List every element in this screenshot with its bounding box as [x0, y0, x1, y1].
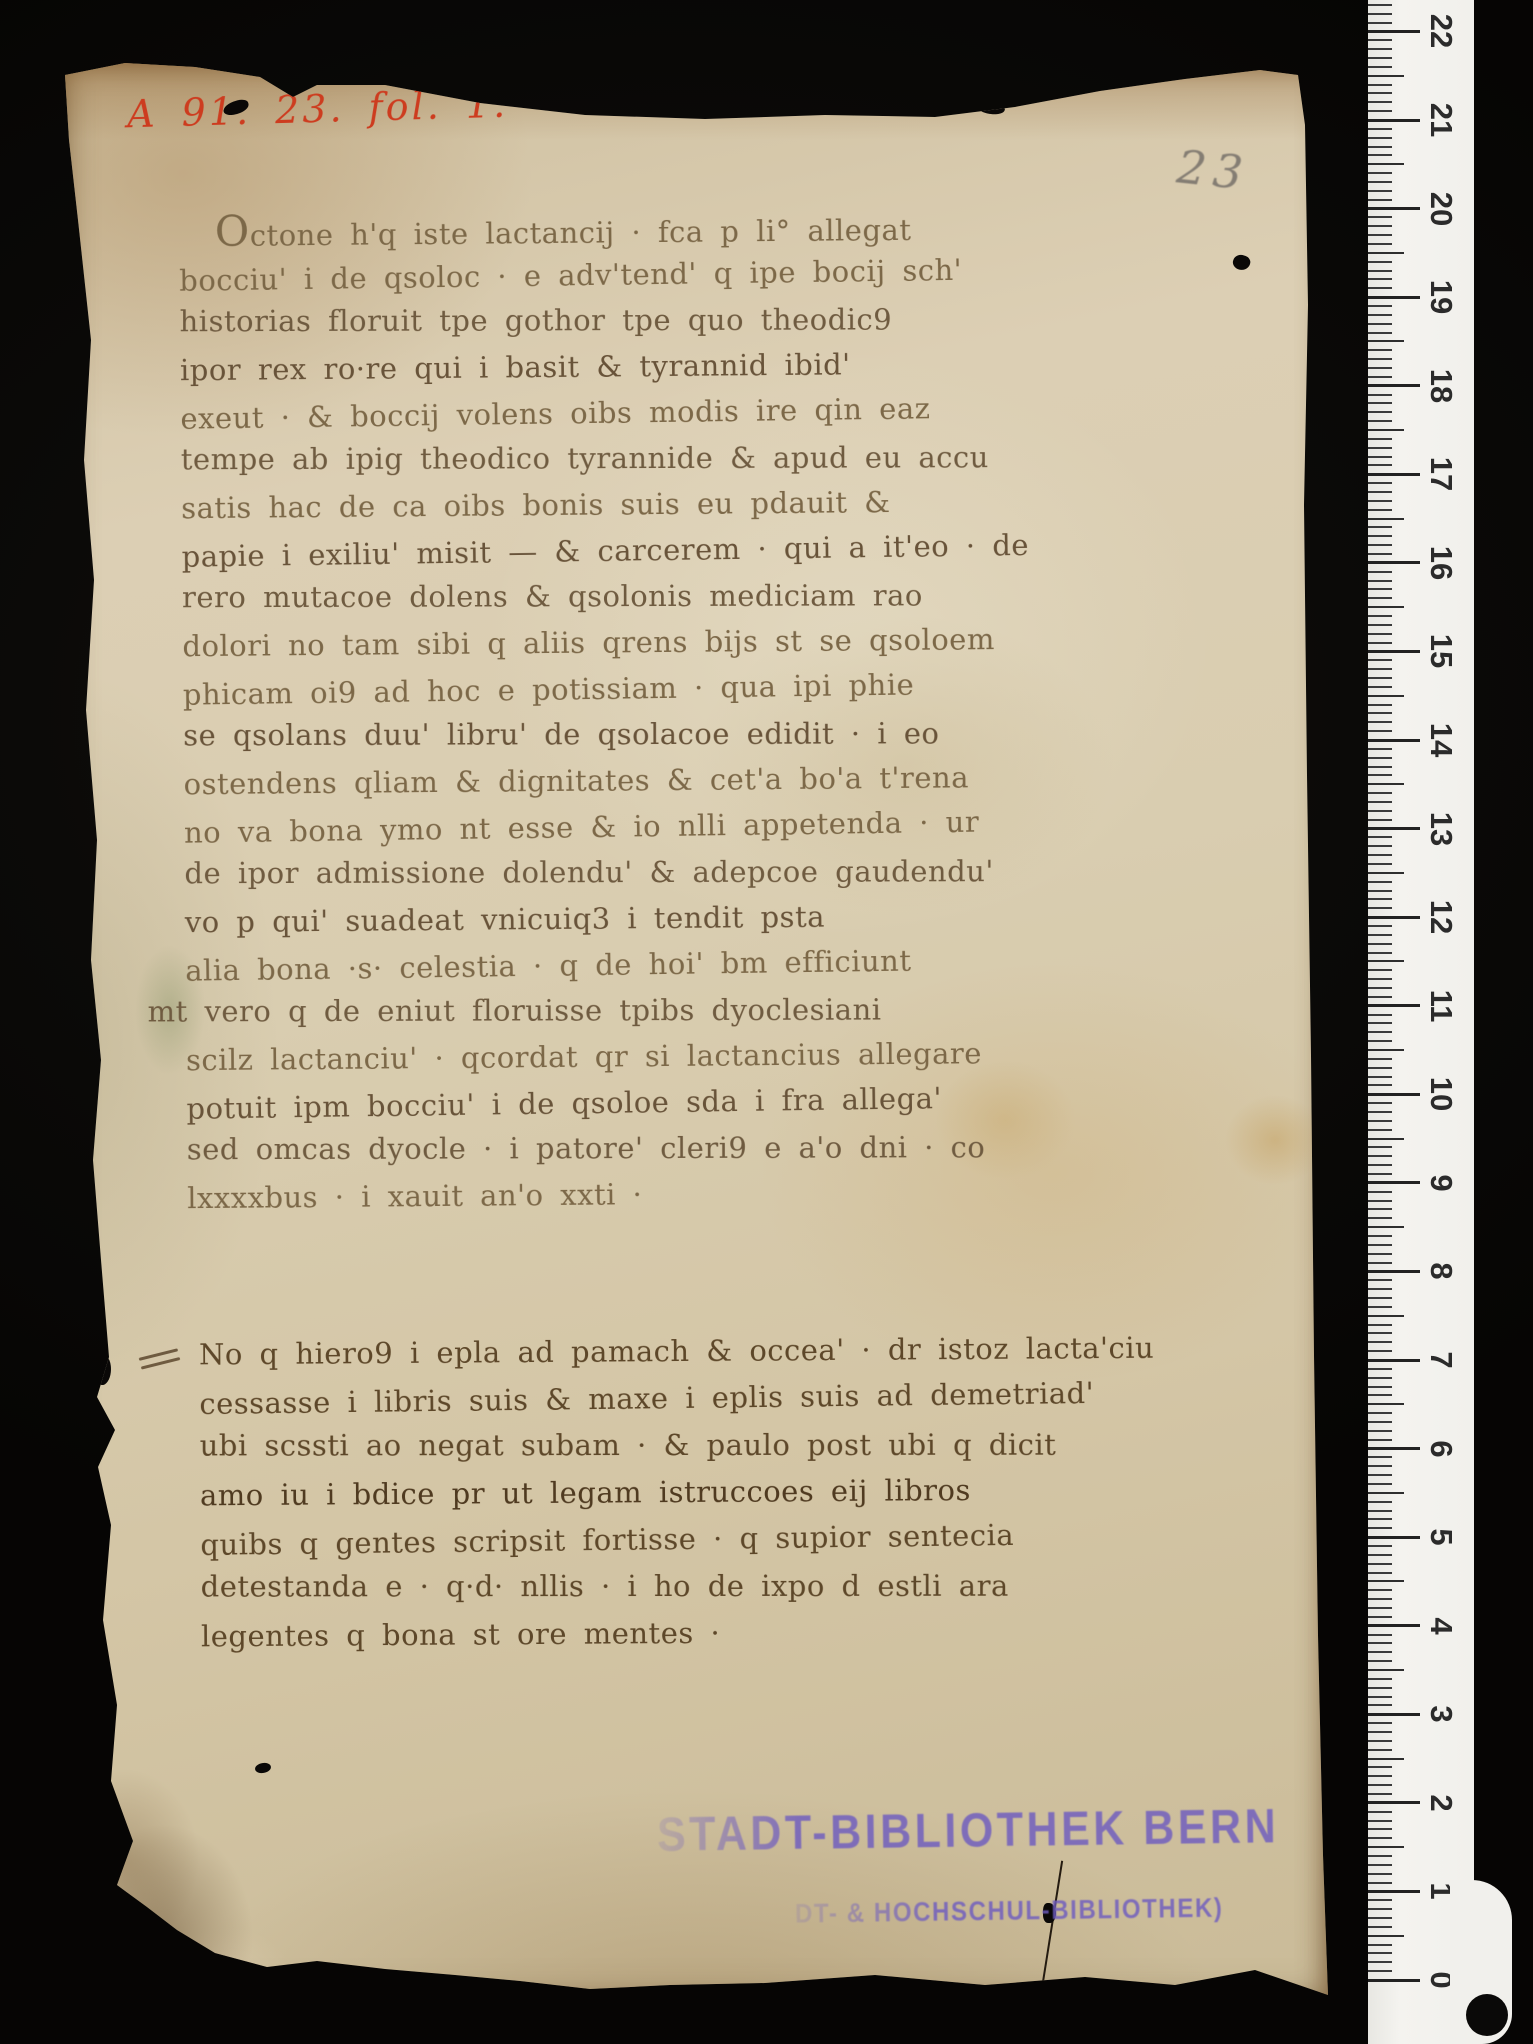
- stain: [1225, 1095, 1325, 1185]
- ruler-tick: [1368, 75, 1404, 77]
- ruler-tick: [1368, 163, 1404, 165]
- ruler-tick: [1368, 1979, 1420, 1982]
- ruler-tick: [1368, 1926, 1392, 1928]
- ruler-tick: [1368, 544, 1392, 546]
- ruler-tick: [1368, 30, 1420, 33]
- ruler-tick: [1368, 978, 1392, 980]
- ruler-tick: [1368, 509, 1392, 511]
- ruler-tick: [1368, 1607, 1392, 1609]
- ruler-tick: [1368, 22, 1392, 24]
- ruler-tick: [1368, 1864, 1392, 1866]
- ruler-tick: [1368, 1624, 1420, 1627]
- ruler-tick: [1368, 518, 1404, 520]
- ruler-tick: [1368, 447, 1392, 449]
- ruler-tick: [1368, 305, 1392, 307]
- ruler-tick: [1368, 668, 1392, 670]
- manuscript-line: sed omcas dyocle · i patore' cleri9 e a'…: [187, 1124, 1147, 1173]
- ruler-tick: [1368, 1208, 1392, 1210]
- ruler-tick: [1368, 561, 1420, 564]
- ruler-tick: [1368, 819, 1392, 821]
- ruler-tick: [1368, 1483, 1392, 1485]
- ruler-tick: [1368, 1368, 1392, 1370]
- ruler-tick: [1368, 580, 1392, 582]
- ruler-tick: [1368, 1855, 1392, 1857]
- ruler-tick: [1368, 1022, 1392, 1024]
- ruler-tick: [1368, 1846, 1404, 1848]
- ruler-tick: [1368, 606, 1404, 608]
- ruler-tick: [1368, 1935, 1404, 1937]
- ruler-tick: [1368, 1678, 1392, 1680]
- ruler-tick: [1368, 1386, 1392, 1388]
- ruler-tick: [1368, 1944, 1392, 1946]
- ruler-tick: [1368, 1200, 1392, 1202]
- ruler-tick: [1368, 4, 1392, 6]
- ruler-tick: [1368, 438, 1392, 440]
- ruler-tick: [1368, 1439, 1392, 1441]
- ruler-tick: [1368, 332, 1392, 334]
- manuscript-line: lxxxxbus · i xauit an'o xxti ·: [187, 1167, 1147, 1221]
- ruler-tick: [1368, 1766, 1392, 1768]
- ruler-tick: [1368, 1634, 1392, 1636]
- ruler-tick: [1368, 1793, 1392, 1795]
- ruler-tick: [1368, 1049, 1404, 1051]
- ruler-tick: [1368, 199, 1392, 201]
- ruler-tick: [1368, 491, 1392, 493]
- ruler-tick: [1368, 1217, 1392, 1219]
- ruler-tick: [1368, 898, 1392, 900]
- ruler-tick: [1368, 1040, 1392, 1042]
- ruler-tick: [1368, 1749, 1392, 1751]
- ruler-tick: [1368, 571, 1392, 573]
- ruler-tick: [1368, 261, 1392, 263]
- ruler-tick: [1368, 172, 1392, 174]
- ruler-tick: [1368, 1642, 1392, 1644]
- ruler-tick: [1368, 1616, 1392, 1618]
- ruler-tick: [1368, 1713, 1420, 1716]
- ruler-tick: [1368, 1332, 1392, 1334]
- ruler-tick: [1368, 757, 1392, 759]
- ruler-tick: [1368, 934, 1392, 936]
- ruler-tick: [1368, 748, 1392, 750]
- ruler-tick: [1368, 774, 1392, 776]
- ruler-tick: [1368, 721, 1392, 723]
- manuscript-line: ubi scssti ao negat subam · & paulo post…: [200, 1422, 1160, 1470]
- ruler-tick: [1368, 1882, 1392, 1884]
- ruler-tick: [1368, 925, 1392, 927]
- ruler-tick: [1368, 996, 1392, 998]
- ruler-tick: [1368, 1970, 1392, 1972]
- ruler-tick: [1368, 296, 1420, 299]
- ruler-tick: [1368, 1181, 1420, 1184]
- ruler-tick: [1368, 1465, 1392, 1467]
- ruler-tick: [1368, 1288, 1392, 1290]
- ruler-tick: [1368, 907, 1392, 909]
- ruler-tick: [1368, 287, 1392, 289]
- manuscript-photo: A 91. 23. fol. 1. 23 Octone h'q iste lac…: [0, 0, 1533, 2044]
- ruler-tick: [1368, 686, 1392, 688]
- ruler-tick: [1368, 1226, 1404, 1228]
- ruler-tick: [1368, 1456, 1392, 1458]
- ruler-tick: [1368, 1820, 1392, 1822]
- ruler-tick: [1368, 243, 1392, 245]
- ruler-tick: [1368, 836, 1392, 838]
- ruler-tick: [1368, 57, 1392, 59]
- ruler-tick: [1368, 1270, 1420, 1273]
- ruler-tick: [1368, 411, 1392, 413]
- ruler-tick: [1368, 650, 1420, 653]
- ruler-tick: [1368, 137, 1392, 139]
- ruler-tick: [1368, 66, 1392, 68]
- ruler-tick: [1368, 1899, 1392, 1901]
- manuscript-line: se qsolans duu' libru' de qsolacoe edidi…: [183, 710, 1143, 759]
- ruler-tick: [1368, 1031, 1392, 1033]
- ruler-tick: [1368, 1474, 1392, 1476]
- ruler-tick: [1368, 349, 1392, 351]
- ruler-tick: [1368, 659, 1392, 661]
- ruler-tick: [1368, 1084, 1392, 1086]
- ruler-tick: [1368, 1554, 1392, 1556]
- ruler-tick: [1368, 92, 1392, 94]
- manuscript-line: mt vero q de eniut floruisse tpibs dyocl…: [148, 986, 1146, 1035]
- manuscript-line: rero mutacoe dolens & qsolonis mediciam …: [182, 572, 1142, 621]
- ruler-tick: [1368, 1253, 1392, 1255]
- ruler-tick: [1368, 987, 1392, 989]
- ruler-tick: [1368, 1359, 1420, 1362]
- ruler-tick: [1368, 420, 1392, 422]
- ruler-tick: [1368, 597, 1392, 599]
- ruler-tick: [1368, 535, 1392, 537]
- ruler-tick: [1368, 1297, 1392, 1299]
- ruler-tick: [1368, 456, 1392, 458]
- ruler-tick: [1368, 1138, 1404, 1140]
- ruler-tick: [1368, 181, 1392, 183]
- ruler-tick: [1368, 225, 1392, 227]
- ruler-tick: [1368, 1501, 1392, 1503]
- ruler-tick: [1368, 739, 1420, 742]
- ruler-tick: [1368, 1306, 1392, 1308]
- ruler-tick: [1368, 1527, 1392, 1529]
- ruler-tick: [1368, 1067, 1392, 1069]
- manuscript-line: quibs q gentes scripsit fortisse · q sup…: [200, 1510, 1161, 1569]
- ruler-tick: [1368, 766, 1392, 768]
- ruler-tick: [1368, 1102, 1392, 1104]
- ruler-tick: [1368, 1775, 1392, 1777]
- text-block-2: No q hiero9 i epla ad pamach & occea' · …: [199, 1325, 1161, 1661]
- ruler-tick: [1368, 1952, 1392, 1954]
- ruler-tick: [1368, 1961, 1392, 1963]
- ruler-tick: [1368, 810, 1392, 812]
- ruler-tick: [1368, 704, 1392, 706]
- ruler-tick: [1368, 1873, 1392, 1875]
- ruler-tick: [1368, 1146, 1392, 1148]
- library-stamp-line1: STADT-BIBLIOTHEK BERN: [657, 1800, 1280, 1864]
- manuscript-line: cessasse i libris suis & maxe i eplis su…: [199, 1369, 1160, 1428]
- ruler-tick: [1368, 1173, 1392, 1175]
- ruler-tick: [1368, 827, 1420, 830]
- library-stamp-line2: DT- & HOCHSCHUL-BIBLIOTHEK): [795, 1894, 1224, 1931]
- ruler-tick: [1368, 119, 1420, 122]
- ruler-tick: [1368, 323, 1392, 325]
- ruler-tick: [1368, 1279, 1392, 1281]
- ruler-tick: [1368, 190, 1392, 192]
- parchment-crumpled-corner: [85, 1755, 345, 2015]
- ruler-tick: [1368, 730, 1392, 732]
- ruler-tick: [1368, 1651, 1392, 1653]
- ruler-tick: [1368, 526, 1392, 528]
- ruler-tick: [1368, 376, 1392, 378]
- ruler-tick: [1368, 39, 1392, 41]
- ruler-tick: [1368, 1093, 1420, 1096]
- manuscript-line: historias floruit tpe gothor tpe quo the…: [180, 296, 1140, 345]
- ruler-tick: [1368, 792, 1392, 794]
- ruler-tick: [1368, 367, 1392, 369]
- ruler-tick: [1368, 969, 1392, 971]
- ruler-tick: [1368, 207, 1420, 210]
- manuscript-line: detestanda e · q·d· nllis · i ho de ixpo…: [201, 1563, 1161, 1611]
- manuscript-line: tempe ab ipig theodico tyrannide & apud …: [181, 434, 1141, 483]
- ruler-tick: [1368, 1421, 1392, 1423]
- ruler-tick: [1368, 1545, 1392, 1547]
- ruler-tick: [1368, 1563, 1392, 1565]
- ruler-tick: [1368, 854, 1392, 856]
- ruler-tick: [1368, 1076, 1392, 1078]
- ruler: 012345678910111213141516171819202122: [1368, 0, 1474, 2044]
- ruler-tick: [1368, 234, 1392, 236]
- ruler-tick: [1368, 553, 1392, 555]
- ruler-tick: [1368, 500, 1392, 502]
- ruler-tick: [1368, 1669, 1404, 1671]
- ruler-tick: [1368, 270, 1392, 272]
- ruler-tick: [1368, 1828, 1392, 1830]
- ruler-tick: [1368, 1341, 1392, 1343]
- ruler-tick: [1368, 1235, 1392, 1237]
- ruler-tick: [1368, 358, 1392, 360]
- ruler-tick: [1368, 1731, 1392, 1733]
- ruler-tick: [1368, 1315, 1404, 1317]
- ruler-tick: [1368, 1758, 1404, 1760]
- ruler-tick: [1368, 146, 1392, 148]
- ruler-tick: [1368, 952, 1392, 954]
- ruler-tick: [1368, 695, 1404, 697]
- ruler-tick: [1368, 1801, 1420, 1804]
- ruler-tick: [1368, 1580, 1404, 1582]
- wormhole: [1231, 253, 1252, 273]
- ruler-tick: [1368, 801, 1392, 803]
- ruler-tick: [1368, 1784, 1392, 1786]
- ruler-tick: [1368, 1403, 1404, 1405]
- ruler-tick: [1368, 943, 1392, 945]
- ruler-tick: [1368, 1058, 1392, 1060]
- ruler-tick: [1368, 84, 1392, 86]
- ruler-tick: [1368, 1687, 1392, 1689]
- paragraph-mark: [137, 1342, 181, 1371]
- ruler-tick: [1368, 712, 1392, 714]
- ruler-tick: [1368, 216, 1392, 218]
- ruler-tick: [1368, 1572, 1392, 1574]
- ruler-tick: [1368, 960, 1404, 962]
- ruler-tick: [1368, 1598, 1392, 1600]
- ruler-tick: [1368, 1536, 1420, 1539]
- ruler-tick: [1368, 1120, 1392, 1122]
- ruler-tick: [1368, 1014, 1392, 1016]
- ruler-tick: [1368, 633, 1392, 635]
- ruler-tick: [1368, 1350, 1392, 1352]
- ruler-tick: [1368, 1722, 1392, 1724]
- ruler-tick: [1368, 1704, 1392, 1706]
- ruler-tick: [1368, 881, 1392, 883]
- ruler-tick: [1368, 473, 1420, 476]
- ruler-tick: [1368, 588, 1392, 590]
- ruler-tick: [1368, 890, 1392, 892]
- ruler-tick: [1368, 464, 1392, 466]
- ruler-tick: [1368, 110, 1392, 112]
- ruler-tick: [1368, 1837, 1392, 1839]
- ruler-tick: [1368, 615, 1392, 617]
- ruler-tick: [1368, 1447, 1420, 1450]
- ruler-tick: [1368, 1740, 1392, 1742]
- ruler-tick: [1368, 1191, 1392, 1193]
- ruler-tick: [1368, 1890, 1420, 1893]
- ruler-tick: [1368, 1129, 1392, 1131]
- ruler-hanging-hole: [1466, 1994, 1508, 2036]
- ruler-tick: [1368, 340, 1404, 342]
- ruler-tick: [1368, 1917, 1392, 1919]
- ruler-tick: [1368, 252, 1404, 254]
- manuscript-line: de ipor admissione dolendu' & adepcoe ga…: [184, 848, 1144, 897]
- ruler-tick: [1368, 402, 1392, 404]
- ruler-tick: [1368, 429, 1404, 431]
- parchment-leaf: A 91. 23. fol. 1. 23 Octone h'q iste lac…: [55, 55, 1335, 2015]
- ruler-tick: [1368, 1589, 1392, 1591]
- ruler-tick: [1368, 916, 1420, 919]
- ruler-tick: [1368, 1811, 1392, 1813]
- ruler-tick: [1368, 1696, 1392, 1698]
- ruler-tick: [1368, 677, 1392, 679]
- ruler-tick: [1368, 482, 1392, 484]
- ruler-tick: [1368, 863, 1392, 865]
- ruler-tick: [1368, 1324, 1392, 1326]
- ruler-tick: [1368, 314, 1392, 316]
- ruler-tick: [1368, 48, 1392, 50]
- ruler-tick: [1368, 1510, 1392, 1512]
- ruler-tick: [1368, 1518, 1392, 1520]
- ruler-tick: [1368, 1155, 1392, 1157]
- ruler-tick: [1368, 872, 1404, 874]
- ruler-tick: [1368, 394, 1392, 396]
- ruler-tick: [1368, 1377, 1392, 1379]
- ruler-tick: [1368, 1412, 1392, 1414]
- ruler-tick: [1368, 278, 1392, 280]
- ruler-tick: [1368, 1492, 1404, 1494]
- ruler-tick: [1368, 154, 1392, 156]
- ruler-tick: [1368, 1004, 1420, 1007]
- manuscript-line: legentes q bona st ore mentes ·: [201, 1607, 1161, 1661]
- ruler-tick: [1368, 384, 1420, 387]
- ruler-tick: [1368, 101, 1392, 103]
- text-block-1: Octone h'q iste lactancij · fca p li° al…: [179, 201, 1148, 1221]
- ruler-tick: [1368, 128, 1392, 130]
- ruler-tick: [1368, 1111, 1392, 1113]
- ruler-tick: [1368, 1660, 1392, 1662]
- ruler-tick: [1368, 1394, 1392, 1396]
- ruler-tick: [1368, 624, 1392, 626]
- ruler-tick: [1368, 783, 1404, 785]
- ruler-tick: [1368, 845, 1392, 847]
- ruler-tick: [1368, 1244, 1392, 1246]
- ruler-tick: [1368, 13, 1392, 15]
- pencil-folio-number: 23: [1174, 139, 1252, 200]
- ruler-tick: [1368, 1908, 1392, 1910]
- ruler-tick: [1368, 1430, 1392, 1432]
- ruler-tick: [1368, 1262, 1392, 1264]
- ruler-tick: [1368, 1164, 1392, 1166]
- edge-tear: [93, 1354, 112, 1386]
- ruler-tick: [1368, 642, 1392, 644]
